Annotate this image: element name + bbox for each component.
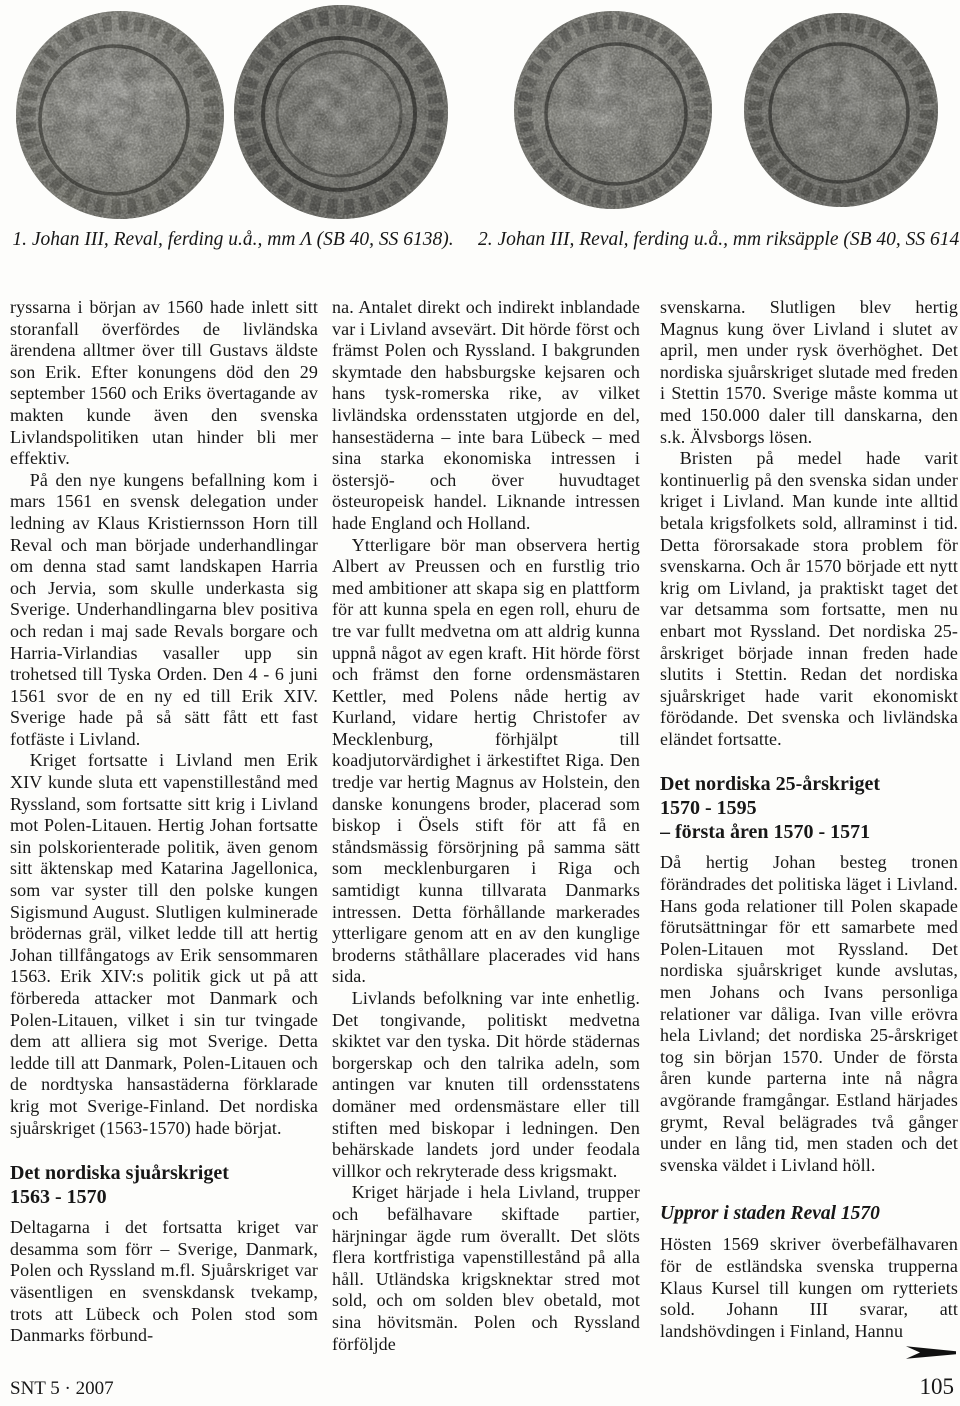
body-paragraph: na. Antalet direkt och indirekt inblanda…	[332, 297, 640, 535]
text-column-1: ryssarna i början av 1560 hade inlett si…	[10, 297, 318, 1375]
coin-photo-2-reverse	[742, 10, 941, 210]
body-paragraph: Kriget härjade i hela Livland, trupper o…	[332, 1182, 640, 1355]
body-paragraph: Hösten 1569 skriver överbefälhavaren för…	[660, 1234, 958, 1342]
body-paragraph: Då hertig Johan besteg tronen förändrade…	[660, 852, 958, 1176]
article-body: ryssarna i början av 1560 hade inlett si…	[10, 297, 958, 1375]
body-paragraph: På den nye kungens befallning kom i mars…	[10, 470, 318, 751]
figure-area: 1. Johan III, Reval, ferding u.å., mm Λ …	[0, 0, 960, 266]
section-heading: Det nordiska sjuårskriget 1563 - 1570	[10, 1161, 318, 1209]
figure-caption-1: 1. Johan III, Reval, ferding u.å., mm Λ …	[0, 227, 466, 257]
coin-photo-1-reverse	[231, 2, 451, 222]
section-heading: Det nordiska 25-årskriget 1570 - 1595 – …	[660, 772, 958, 844]
journal-page: 1. Johan III, Reval, ferding u.å., mm Λ …	[0, 0, 960, 1406]
body-paragraph: ryssarna i början av 1560 hade inlett si…	[10, 297, 318, 470]
section-heading: Uppror i staden Reval 1570	[660, 1202, 958, 1226]
body-paragraph: Bristen på medel hade varit kontinuerlig…	[660, 448, 958, 750]
page-number: 105	[920, 1374, 955, 1400]
journal-issue-label: SNT 5 · 2007	[10, 1378, 114, 1400]
body-paragraph: Livlands befolkning var inte enhetlig. D…	[332, 988, 640, 1182]
body-paragraph: Kriget fortsatte i Livland men Erik XIV …	[10, 750, 318, 1139]
text-column-2: na. Antalet direkt och indirekt inblanda…	[332, 297, 640, 1375]
body-paragraph: Ytterligare bör man observera hertig Alb…	[332, 535, 640, 988]
text-column-3: svenskarna. Slutligen blev hertig Magnus…	[660, 297, 958, 1375]
body-paragraph: svenskarna. Slutligen blev hertig Magnus…	[660, 297, 958, 448]
coin-photo-1-obverse	[14, 8, 227, 222]
body-paragraph: Deltagarna i det fortsatta kriget var de…	[10, 1217, 318, 1347]
figure-caption-2: 2. Johan III, Reval, ferding u.å., mm ri…	[478, 227, 960, 257]
coin-photo-2-obverse	[512, 8, 715, 212]
